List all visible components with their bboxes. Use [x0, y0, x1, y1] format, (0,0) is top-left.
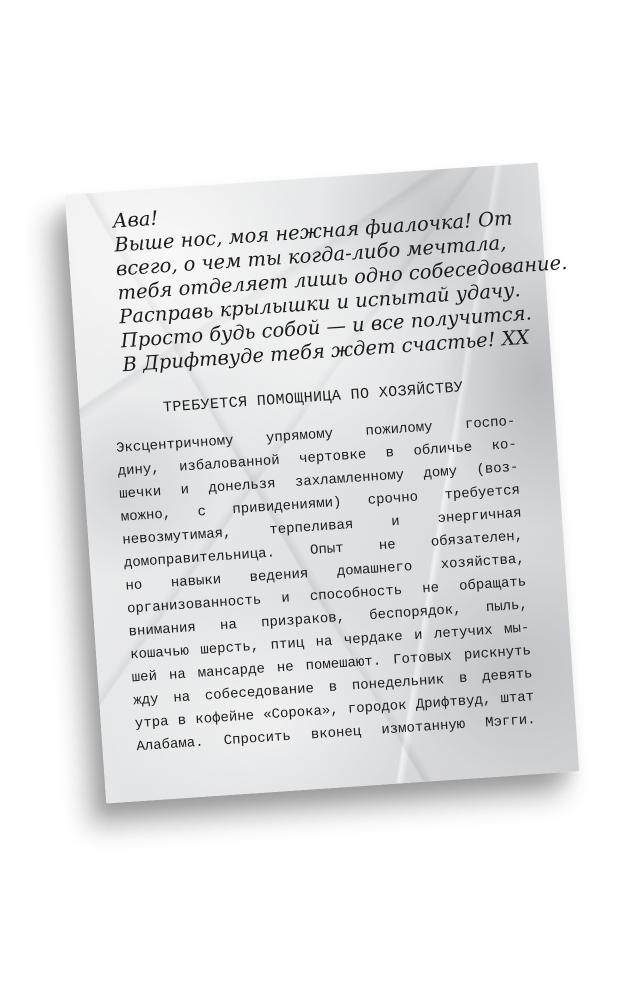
photo-background: Ава! Выше нос, моя нежная фиалочка! От в… [0, 0, 619, 1000]
crumpled-paper: Ава! Выше нос, моя нежная фиалочка! От в… [65, 163, 579, 804]
paper-content: Ава! Выше нос, моя нежная фиалочка! От в… [65, 163, 577, 762]
job-ad-body: Эксцентричному упрямому пожилому госпо- … [115, 411, 536, 759]
job-ad: ТРЕБУЕТСЯ ПОМОЩНИЦА ПО ХОЗЯЙСТВУ Эксцент… [113, 375, 536, 759]
handwritten-note: Ава! Выше нос, моя нежная фиалочка! От в… [112, 183, 511, 377]
